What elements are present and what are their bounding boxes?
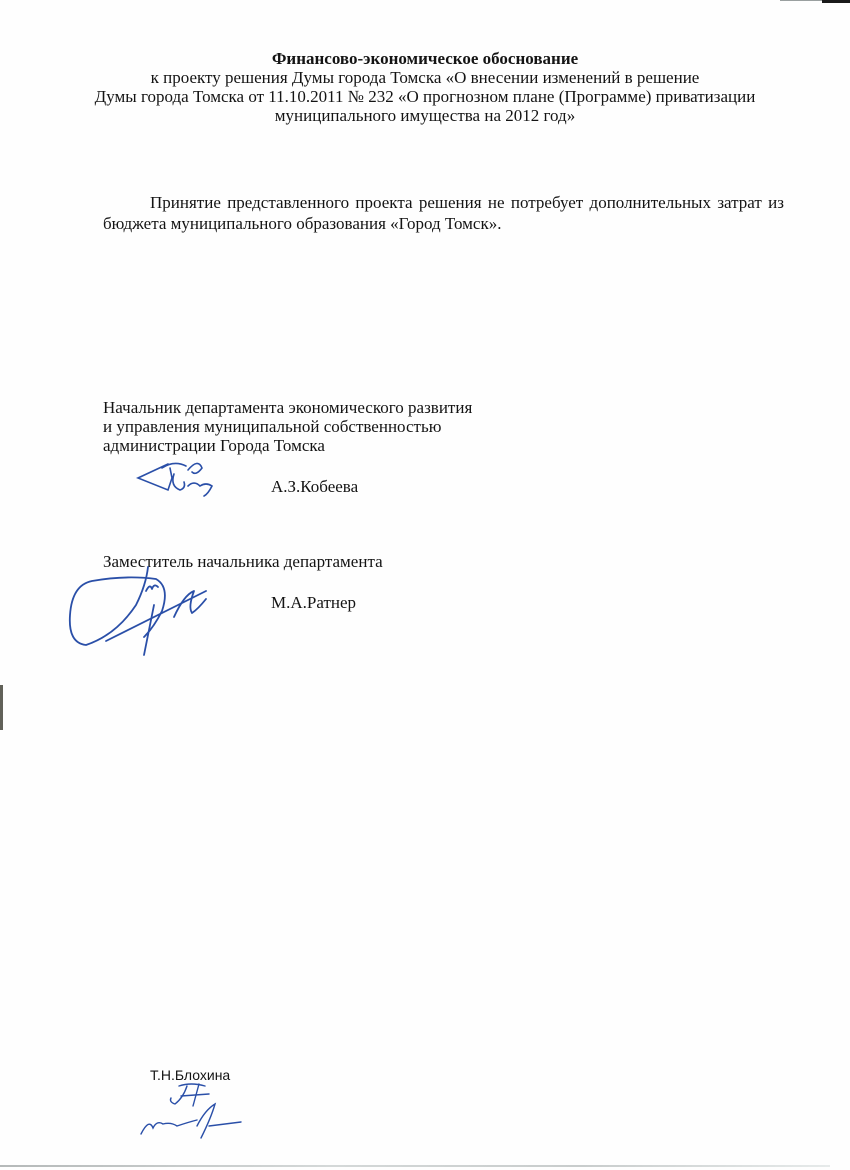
- subtitle-line: муниципального имущества на 2012 год»: [60, 106, 790, 125]
- scan-edge-artifact: [0, 1165, 830, 1167]
- position-line: Начальник департамента экономического ра…: [103, 398, 472, 417]
- signatory-name: М.А.Ратнер: [271, 593, 356, 613]
- signature-icon: [66, 565, 216, 660]
- document-body: Принятие представленного проекта решения…: [103, 192, 784, 234]
- scan-edge-artifact: [0, 685, 3, 730]
- document-title: Финансово-экономическое обоснование: [60, 49, 790, 68]
- initials-signature-icon: [135, 1082, 245, 1142]
- executor-name: Т.Н.Блохина: [150, 1067, 230, 1083]
- scan-edge-artifact: [822, 0, 850, 3]
- subtitle-line: к проекту решения Думы города Томска «О …: [60, 68, 790, 87]
- signatory-name: А.З.Кобеева: [271, 477, 358, 497]
- signatory-position: Начальник департамента экономического ра…: [103, 398, 472, 455]
- document-page: Финансово-экономическое обоснование к пр…: [0, 0, 850, 1170]
- position-line: администрации Города Томска: [103, 436, 472, 455]
- signature-icon: [128, 456, 248, 506]
- subtitle-line: Думы города Томска от 11.10.2011 № 232 «…: [60, 87, 790, 106]
- document-header: Финансово-экономическое обоснование к пр…: [60, 49, 790, 125]
- body-paragraph: Принятие представленного проекта решения…: [103, 192, 784, 234]
- position-line: и управления муниципальной собственность…: [103, 417, 472, 436]
